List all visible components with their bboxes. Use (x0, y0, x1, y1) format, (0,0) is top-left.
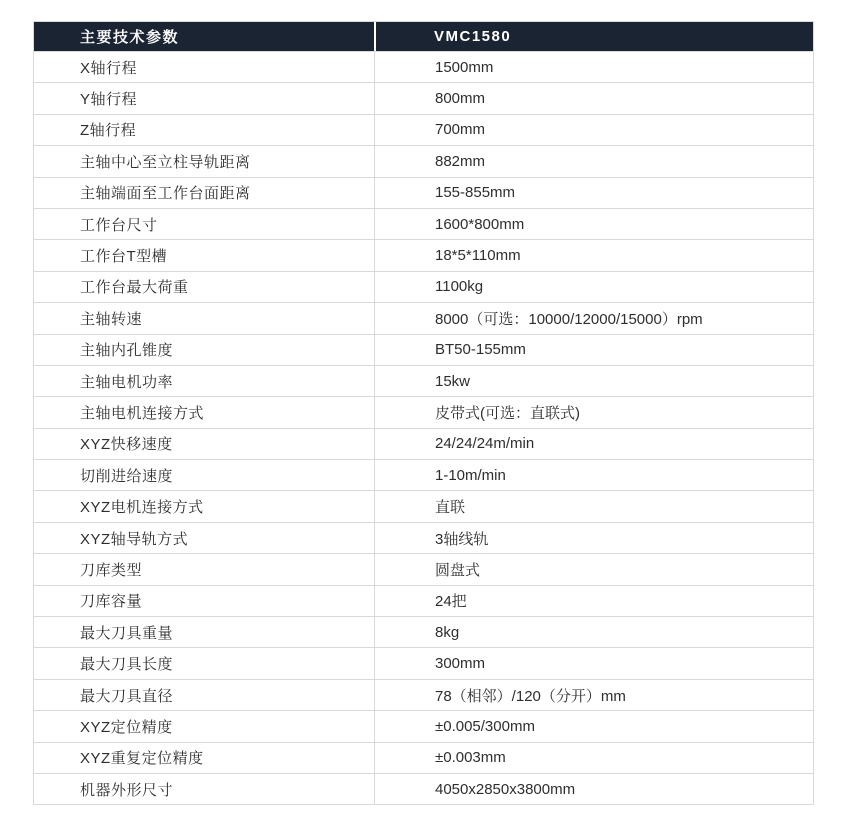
table-row: 最大刀具直径 78（相邻）/120（分开）mm (34, 679, 813, 710)
table-row: XYZ快移速度 24/24/24m/min (34, 428, 813, 459)
table-row: 主轴电机连接方式 皮带式(可选：直联式) (34, 396, 813, 427)
table-row: 刀库类型 圆盘式 (34, 553, 813, 584)
table-row: 主轴端面至工作台面距离 155-855mm (34, 177, 813, 208)
row-value: 3轴线轨 (374, 523, 813, 553)
spec-table: 主要技术参数 VMC1580 X轴行程 1500mm Y轴行程 800mm Z轴… (33, 21, 814, 805)
row-value: 155-855mm (374, 178, 813, 208)
row-label: 工作台T型槽 (34, 240, 374, 270)
row-label: Y轴行程 (34, 83, 374, 113)
row-value: 15kw (374, 366, 813, 396)
row-value: 圆盘式 (374, 554, 813, 584)
table-row: Y轴行程 800mm (34, 82, 813, 113)
table-body: X轴行程 1500mm Y轴行程 800mm Z轴行程 700mm 主轴中心至立… (34, 51, 813, 804)
row-label: XYZ定位精度 (34, 711, 374, 741)
table-row: Z轴行程 700mm (34, 114, 813, 145)
row-label: XYZ快移速度 (34, 429, 374, 459)
row-value: ±0.005/300mm (374, 711, 813, 741)
row-value: 8kg (374, 617, 813, 647)
row-label: 最大刀具直径 (34, 680, 374, 710)
row-value: 700mm (374, 115, 813, 145)
row-value: 直联 (374, 491, 813, 521)
row-value: 1500mm (374, 52, 813, 82)
table-row: 最大刀具长度 300mm (34, 647, 813, 678)
table-row: 主轴转速 8000（可选：10000/12000/15000）rpm (34, 302, 813, 333)
row-value: 300mm (374, 648, 813, 678)
table-row: 刀库容量 24把 (34, 585, 813, 616)
table-row: 主轴中心至立柱导轨距离 882mm (34, 145, 813, 176)
row-value: 8000（可选：10000/12000/15000）rpm (374, 303, 813, 333)
row-label: 刀库容量 (34, 586, 374, 616)
row-label: XYZ轴导轨方式 (34, 523, 374, 553)
row-value: 18*5*110mm (374, 240, 813, 270)
row-value: 皮带式(可选：直联式) (374, 397, 813, 427)
table-row: 主轴电机功率 15kw (34, 365, 813, 396)
row-value: 24把 (374, 586, 813, 616)
param-column-header: 主要技术参数 (34, 22, 374, 51)
row-label: 刀库类型 (34, 554, 374, 584)
row-value: 4050x2850x3800mm (374, 774, 813, 804)
row-label: 最大刀具长度 (34, 648, 374, 678)
row-value: 1600*800mm (374, 209, 813, 239)
row-value: 78（相邻）/120（分开）mm (374, 680, 813, 710)
row-label: 主轴电机连接方式 (34, 397, 374, 427)
table-row: X轴行程 1500mm (34, 51, 813, 82)
row-label: 主轴电机功率 (34, 366, 374, 396)
table-row: 工作台尺寸 1600*800mm (34, 208, 813, 239)
row-label: 切削进给速度 (34, 460, 374, 490)
row-label: 主轴转速 (34, 303, 374, 333)
table-row: 切削进给速度 1-10m/min (34, 459, 813, 490)
row-value: 882mm (374, 146, 813, 176)
row-label: 工作台最大荷重 (34, 272, 374, 302)
row-label: 机器外形尺寸 (34, 774, 374, 804)
table-header-row: 主要技术参数 VMC1580 (34, 22, 813, 51)
table-row: 机器外形尺寸 4050x2850x3800mm (34, 773, 813, 804)
row-label: X轴行程 (34, 52, 374, 82)
row-label: Z轴行程 (34, 115, 374, 145)
model-column-header: VMC1580 (374, 22, 813, 51)
row-label: XYZ重复定位精度 (34, 743, 374, 773)
row-label: 主轴内孔锥度 (34, 335, 374, 365)
table-row: 主轴内孔锥度 BT50-155mm (34, 334, 813, 365)
table-row: 工作台T型槽 18*5*110mm (34, 239, 813, 270)
row-value: 1100kg (374, 272, 813, 302)
row-value: ±0.003mm (374, 743, 813, 773)
row-value: 1-10m/min (374, 460, 813, 490)
row-value: 800mm (374, 83, 813, 113)
row-label: XYZ电机连接方式 (34, 491, 374, 521)
row-label: 主轴端面至工作台面距离 (34, 178, 374, 208)
row-label: 工作台尺寸 (34, 209, 374, 239)
table-row: XYZ重复定位精度 ±0.003mm (34, 742, 813, 773)
table-row: 最大刀具重量 8kg (34, 616, 813, 647)
row-label: 最大刀具重量 (34, 617, 374, 647)
table-row: XYZ轴导轨方式 3轴线轨 (34, 522, 813, 553)
page: 主要技术参数 VMC1580 X轴行程 1500mm Y轴行程 800mm Z轴… (0, 0, 860, 828)
table-row: XYZ定位精度 ±0.005/300mm (34, 710, 813, 741)
row-value: 24/24/24m/min (374, 429, 813, 459)
table-row: XYZ电机连接方式 直联 (34, 490, 813, 521)
row-label: 主轴中心至立柱导轨距离 (34, 146, 374, 176)
row-value: BT50-155mm (374, 335, 813, 365)
table-row: 工作台最大荷重 1100kg (34, 271, 813, 302)
